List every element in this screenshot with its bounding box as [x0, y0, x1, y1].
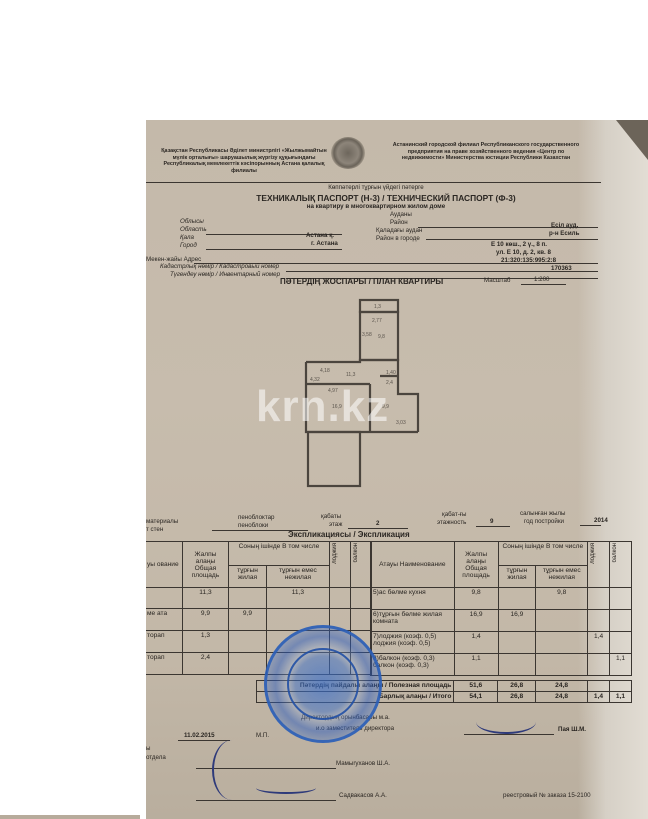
- table-row: 8)балкон (коэф. 0,3) балкон (коэф. 0,3) …: [371, 654, 632, 676]
- floor-value: 2: [376, 520, 379, 528]
- state-emblem-icon: [331, 137, 365, 169]
- plan-title: ПӘТЕРДІҢ ЖОСПАРЫ / ПЛАН КВАРТИРЫ: [280, 277, 443, 286]
- label-year-kz: салынған жылы: [520, 510, 566, 518]
- deputy-signature: [476, 710, 536, 734]
- technical-passport-page: Қазақстан Республикасы Әділет министрліг…: [146, 120, 601, 819]
- col-nonliving-header: тұрғын емес нежилая: [266, 566, 329, 588]
- label-qaladagy-audan: Қаладағы аудан: [376, 227, 422, 235]
- doc-title: ТЕХНИКАЛЫҚ ПАСПОРТ (Н-3) / ТЕХНИЧЕСКИЙ П…: [206, 193, 566, 203]
- doc-title-sub: на квартиру в многоквартирном жилом доме: [226, 203, 526, 211]
- col-total-header: Жалпы алаңы Общая площадь: [182, 542, 228, 588]
- dept-signature: [212, 740, 252, 800]
- table-row: 6)тұрғын бөлме жилая комната 16,9 16,9: [371, 610, 632, 632]
- svg-text:2,77: 2,77: [372, 318, 382, 324]
- svg-text:3,03: 3,03: [396, 420, 406, 426]
- right-org-text: Астанинский городской филиал Республикан…: [386, 142, 586, 162]
- label-floor-ru: этаж: [329, 521, 342, 529]
- registry-number: реестровый № заказа 15-2100: [503, 792, 591, 800]
- dept-label-1: ы: [146, 745, 150, 753]
- district-value-kz: Есіл ауд.: [551, 222, 578, 230]
- table-row: 7)лоджия (коэф. 0,5) лоджия (коэф. 0,5) …: [371, 632, 632, 654]
- city-value-kz: Астана қ.: [306, 232, 334, 240]
- address-value-ru: ул. Е 10, д. 2, кв. 8: [496, 249, 551, 257]
- document-photo: Қазақстан Республикасы Әділет министрліг…: [146, 120, 648, 819]
- cadastral-value: 21:320:135:995:2:8: [501, 257, 556, 265]
- district-value-ru: р-н Есиль: [549, 230, 579, 238]
- address-value-kz: Е 10 көш., 2 ү., 8 п.: [491, 241, 547, 249]
- executor-name: Садвакасов А.А.: [339, 792, 387, 800]
- col-including-header: Соның ішінде В том числе: [498, 542, 588, 566]
- col-balcony-header: балкон: [353, 543, 359, 562]
- dept-label-2: отдела: [146, 754, 166, 762]
- materials-value-ru: пеноблоки: [238, 522, 268, 530]
- explication-title: Экспликациясы / Экспликация: [288, 530, 410, 539]
- label-floor-kz: қабаты: [321, 513, 341, 521]
- scale-label: Масштаб: [484, 277, 510, 285]
- col-name-header: Атауы Наименование: [371, 542, 455, 588]
- col-name-header: уы ование: [146, 542, 182, 588]
- col-total-header: Жалпы алаңы Общая площадь: [454, 542, 498, 588]
- svg-text:4,18: 4,18: [320, 368, 330, 374]
- table-row: 5)ас бөлме кухня 9,8 9,8: [371, 588, 632, 610]
- table-row: 11,3 11,3: [146, 588, 372, 609]
- city-value-ru: г. Астана: [311, 240, 338, 248]
- label-materials-kz: материалы: [146, 518, 178, 526]
- col-balcony-header: балкон: [612, 543, 618, 562]
- seal-label: М.П.: [256, 732, 269, 740]
- label-rayon-v-gorode: Район в городе: [376, 235, 420, 243]
- svg-text:3,58: 3,58: [362, 332, 372, 338]
- scale-value: 1:200: [534, 276, 549, 284]
- label-audan: Ауданы: [390, 211, 412, 219]
- label-qala: Қала: [180, 234, 194, 242]
- label-oblast: Область: [180, 226, 207, 234]
- materials-value-kz: пеноблоктар: [238, 514, 274, 522]
- label-cadastral: Кадастрлық нөмір / Кадастровый номер: [160, 263, 279, 271]
- col-loggia-header: лоджия: [332, 543, 338, 564]
- official-seal-stamp: [264, 625, 382, 743]
- svg-text:11,3: 11,3: [346, 372, 356, 378]
- col-living-header: тұрғын жилая: [498, 566, 536, 588]
- col-living-header: тұрғын жилая: [229, 566, 267, 588]
- executor-signature: [256, 782, 316, 794]
- doc-subtitle: Көппәтерлі тұрғын үйдегі пәтерге: [226, 184, 526, 192]
- label-rayon: Район: [390, 219, 408, 227]
- svg-text:1,40: 1,40: [386, 370, 396, 376]
- label-floors-ru: этажность: [437, 519, 466, 527]
- col-loggia-header: лоджия: [590, 543, 596, 564]
- floors-value: 9: [490, 518, 493, 526]
- inventory-value: 170363: [551, 265, 572, 273]
- label-oblys: Облысы: [180, 218, 204, 226]
- left-org-text: Қазақстан Республикасы Әділет министрліг…: [158, 148, 330, 174]
- issue-date: 11.02.2015: [184, 732, 215, 740]
- dept-head-name: Мамыrуханов Ш.А.: [336, 760, 390, 768]
- svg-text:9,8: 9,8: [378, 334, 385, 340]
- col-nonliving-header: тұрғын емес нежилая: [536, 566, 588, 588]
- label-gorod: Город: [180, 242, 197, 250]
- label-year-ru: год постройки: [524, 518, 564, 526]
- col-including-header: Соның ішінде В том числе: [229, 542, 330, 566]
- label-inventory: Түгендеу нөмір / Инвентарный номер: [170, 271, 280, 279]
- watermark-logo: krn.kz: [256, 382, 389, 432]
- label-materials-ru: т стен: [146, 526, 163, 534]
- explication-table-right: Атауы Наименование Жалпы алаңы Общая пло…: [370, 541, 632, 676]
- year-value: 2014: [594, 517, 608, 525]
- svg-text:1,3: 1,3: [374, 304, 381, 310]
- photo-edge: [0, 815, 140, 819]
- deputy-name: Пая Ш.М.: [558, 726, 586, 734]
- label-floors-kz: қабат-ғы: [442, 511, 466, 519]
